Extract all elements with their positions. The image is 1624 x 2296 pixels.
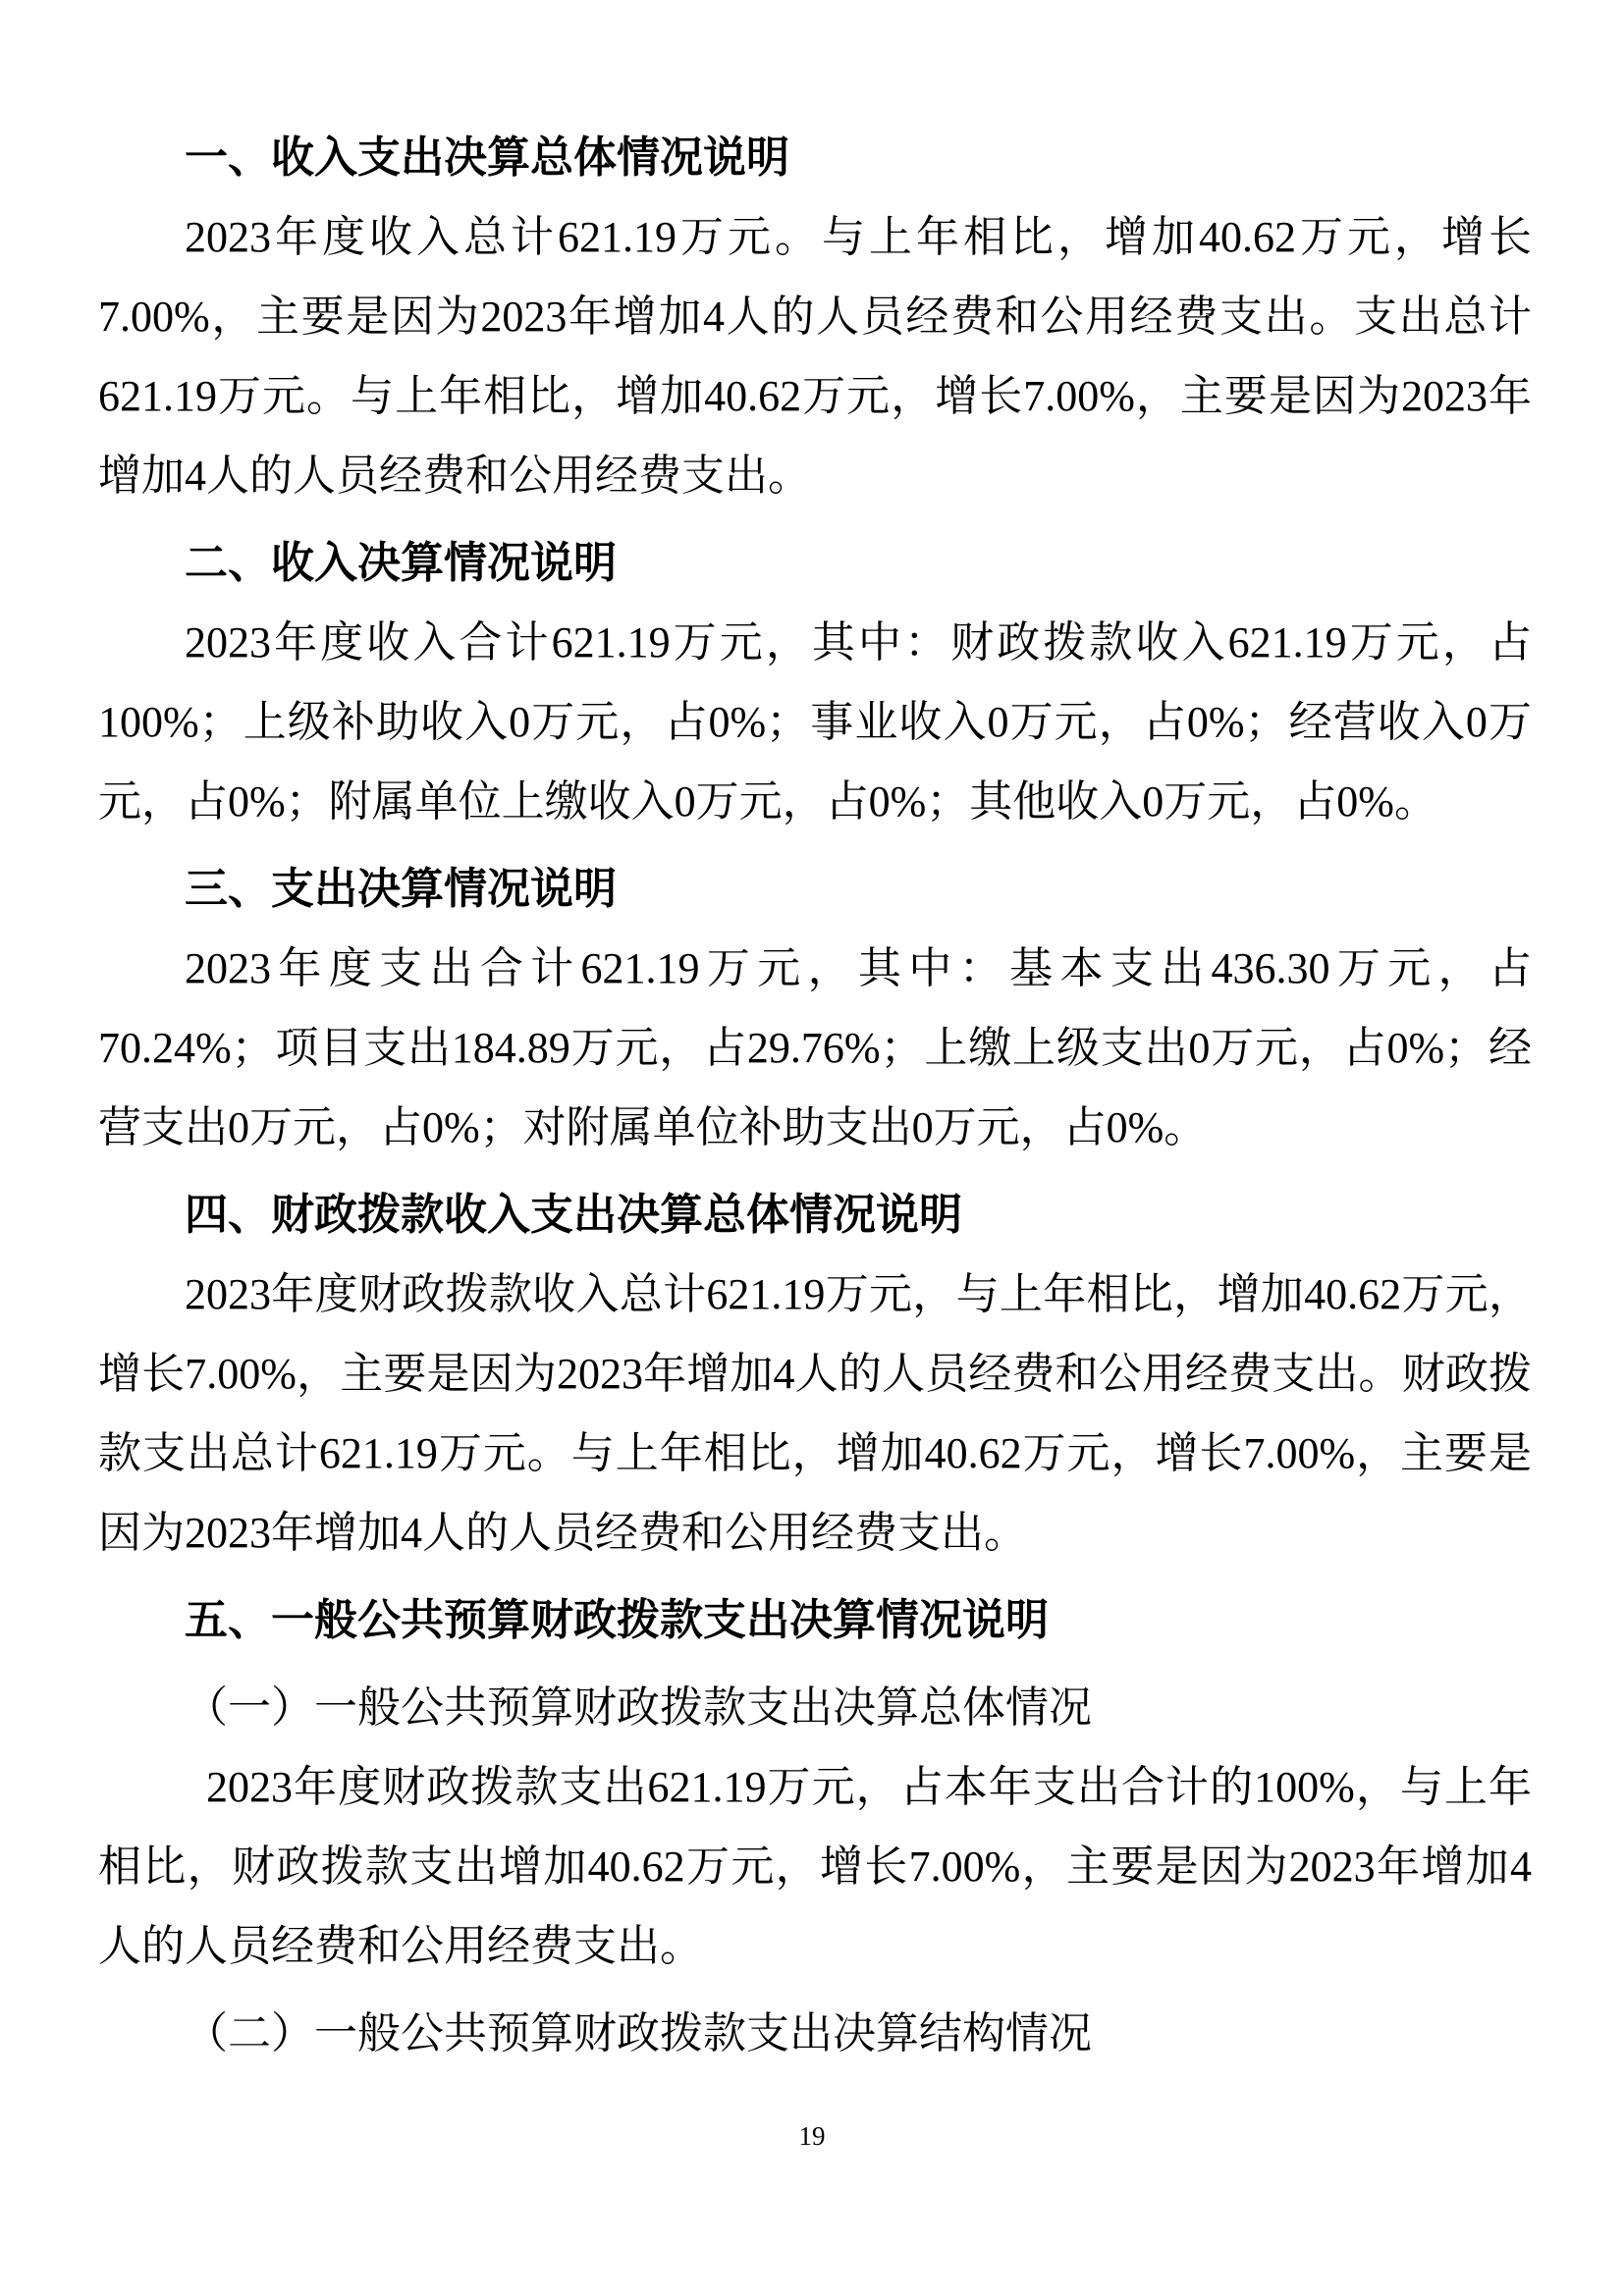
- section-5-subheading-2: （二）一般公共预算财政拨款支出决算结构情况: [98, 1994, 1532, 2073]
- section-5-paragraph-1: 2023年度财政拨款支出621.19万元，占本年支出合计的100%，与上年相比，…: [98, 1747, 1532, 1986]
- section-3-heading: 三、支出决算情况说明: [98, 849, 1532, 929]
- section-2-heading: 二、收入决算情况说明: [98, 523, 1532, 603]
- section-4-paragraph: 2023年度财政拨款收入总计621.19万元，与上年相比，增加40.62万元，增…: [98, 1255, 1532, 1573]
- document-page: 一、收入支出决算总体情况说明 2023年度收入总计621.19万元。与上年相比，…: [0, 0, 1624, 2296]
- section-1-heading: 一、收入支出决算总体情况说明: [98, 118, 1532, 197]
- section-4-heading: 四、财政拨款收入支出决算总体情况说明: [98, 1175, 1532, 1255]
- section-1-paragraph: 2023年度收入总计621.19万元。与上年相比，增加40.62万元，增长7.0…: [98, 197, 1532, 515]
- page-number: 19: [0, 2120, 1624, 2152]
- section-2-paragraph: 2023年度收入合计621.19万元，其中：财政拨款收入621.19万元，占10…: [98, 603, 1532, 841]
- section-3-paragraph: 2023年度支出合计621.19万元，其中：基本支出436.30万元，占70.2…: [98, 929, 1532, 1167]
- section-5-subheading-1: （一）一般公共预算财政拨款支出决算总体情况: [98, 1668, 1532, 1747]
- section-5-heading: 五、一般公共预算财政拨款支出决算情况说明: [98, 1580, 1532, 1660]
